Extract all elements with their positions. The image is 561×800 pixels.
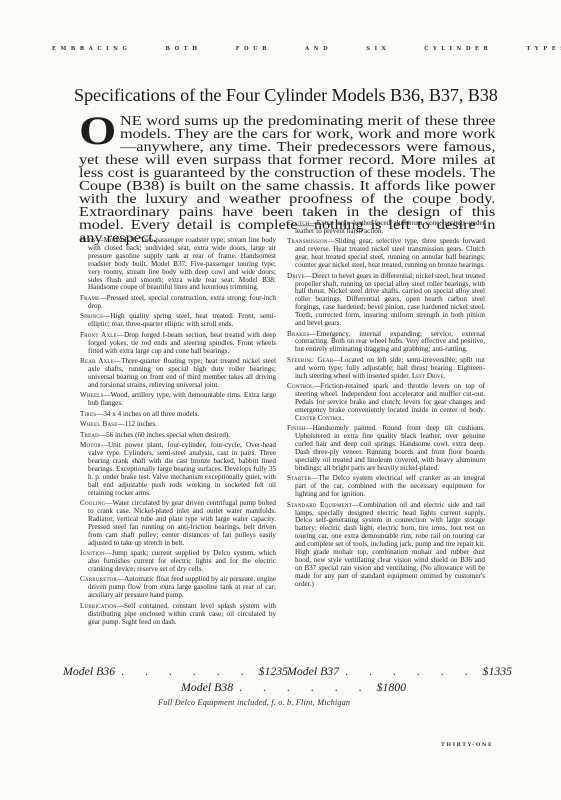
leader-dots: . . . . . . — [239, 680, 370, 694]
spec-heading: Standard Equipment — [287, 501, 352, 509]
spec-heading: Carburetor — [80, 575, 117, 583]
spec-entry: Springs—High quality spring steel, heat … — [80, 313, 276, 329]
spec-text: —Automatic float feed supplied by air pr… — [88, 575, 276, 599]
running-head-word: CYLINDER — [424, 46, 492, 52]
spec-entry: Tread—56 inches (60 inches special when … — [80, 432, 276, 440]
price-note: Full Delco Equipment included, f. o. b. … — [158, 698, 350, 707]
model-price: $1335 — [483, 664, 513, 678]
spec-heading: Tread — [80, 431, 99, 439]
spec-heading: Brakes — [287, 330, 309, 338]
spec-heading: Drive — [287, 272, 305, 280]
spec-heading: Ignition — [80, 549, 105, 557]
spec-entry: Frame—Pressed steel, special constructio… — [80, 295, 276, 311]
spec-heading: Springs — [80, 312, 103, 320]
price-row-b36: Model B36. . . . . .$1235 — [63, 664, 288, 679]
spec-entry: Motor—Unit power plant, four-cylinder, f… — [80, 442, 276, 497]
spec-heading: Starter — [287, 474, 311, 482]
model-price: $1800 — [377, 680, 407, 694]
spec-text: —Three-quarter floating type; heat treat… — [88, 357, 276, 389]
page-number: THIRTY-ONE — [441, 742, 493, 748]
spec-text: —112 inches. — [118, 420, 157, 428]
spec-heading: Clutch — [287, 219, 310, 227]
leader-dots: . . . . . . — [121, 664, 252, 678]
spec-text: —High quality spring steel, heat treated… — [88, 312, 276, 328]
spec-entry: Clutch—Extra large leather-faced aluminu… — [287, 220, 485, 236]
spec-heading: Frame — [80, 294, 99, 302]
spec-text: —Combination oil and electric side and t… — [295, 501, 485, 588]
spec-heading: Front Axle — [80, 331, 117, 339]
drop-cap: O — [79, 116, 116, 146]
spec-entry: Drive—Direct to bevel gears in different… — [287, 273, 485, 328]
spec-entry: Tires—34 x 4 inches on all three models. — [80, 411, 276, 419]
spec-heading: Rear Axle — [80, 357, 114, 365]
spec-text: —Emergency, internal expanding; service,… — [295, 330, 485, 354]
spec-heading: Body — [80, 236, 96, 244]
spec-heading: Lubrication — [80, 602, 117, 610]
spec-entry: Carburetor—Automatic float feed supplied… — [80, 576, 276, 600]
page-title: Specifications of the Four Cylinder Mode… — [74, 85, 514, 106]
spec-text: —Direct to bevel gears in differential; … — [295, 272, 485, 327]
spec-text: —56 inches (60 inches special when desir… — [99, 431, 230, 439]
leader-dots: . . . . . . — [345, 664, 476, 678]
spec-text: —The Delco system electrical self cranke… — [295, 474, 485, 498]
spec-text: —Unit power plant, four-cylinder, four-c… — [88, 441, 276, 496]
spec-text: —Wood, artillery type, with demountable … — [88, 391, 276, 407]
spec-entry: Wheel Base—112 inches. — [80, 421, 276, 429]
running-head-word: BOTH — [166, 46, 202, 52]
spec-heading: Motor — [80, 441, 101, 449]
spec-text: —Drop forged I-beam section, heat treate… — [88, 331, 276, 355]
spec-heading: Wheel Base — [80, 420, 118, 428]
model-name: Model B38 — [181, 680, 233, 694]
spec-entry: Cooling—Water circulated by gear driven … — [80, 500, 276, 547]
spec-entry: Steering Gear—Located on left side; semi… — [287, 357, 485, 381]
spec-entry: Brakes—Emergency, internal expanding; se… — [287, 331, 485, 355]
running-head-word: FOUR — [236, 46, 271, 52]
spec-entry: Front Axle—Drop forged I-beam section, h… — [80, 332, 276, 356]
spec-entry: Body—Model B36: Two-passenger roadster t… — [80, 237, 276, 292]
spec-text: —Water circulated by gear driven centrif… — [88, 499, 276, 547]
spec-entry: Transmission—Sliding gear, selective typ… — [287, 238, 485, 270]
spec-entry: Wheels—Wood, artillery type, with demoun… — [80, 392, 276, 408]
spec-heading: Steering Gear — [287, 356, 333, 364]
spec-heading: Control — [287, 382, 313, 390]
running-head: EMBRACINGBOTHFOURANDSIXCYLINDERTYPES — [0, 46, 561, 52]
spec-tail: Center Control. — [295, 414, 344, 422]
spec-text: —Jump spark; current supplied by Delco s… — [88, 549, 276, 573]
spec-entry: Control—Friction-retained spark and thro… — [287, 383, 485, 423]
running-head-word: AND — [305, 46, 332, 52]
model-name: Model B37 — [287, 664, 339, 678]
spec-tail: Left Drive. — [412, 372, 446, 380]
price-row-b37: Model B37. . . . . .$1335 — [287, 664, 512, 679]
price-row-b38: Model B38. . . . . .$1800 — [181, 680, 406, 695]
spec-text: —Model B36: Two-passenger roadster type;… — [88, 236, 276, 291]
specs-right-column: Clutch—Extra large leather-faced aluminu… — [287, 220, 485, 591]
model-name: Model B36 — [63, 664, 115, 678]
spec-entry: Standard Equipment—Combination oil and e… — [287, 502, 485, 589]
spec-text: —Friction-retained spark and throttle le… — [295, 382, 485, 414]
spec-text: —34 x 4 inches on all three models. — [96, 410, 199, 418]
spec-text: —Handsomely painted. Round front deep ti… — [295, 424, 485, 472]
spec-text: —Self contained, constant level splash s… — [88, 602, 276, 626]
spec-entry: Starter—The Delco system electrical self… — [287, 475, 485, 499]
spec-entry: Ignition—Jump spark; current supplied by… — [80, 550, 276, 574]
spec-heading: Wheels — [80, 391, 104, 399]
specs-left-column: Body—Model B36: Two-passenger roadster t… — [80, 237, 276, 629]
spec-text: —Pressed steel, special construction, ex… — [88, 294, 276, 310]
spec-heading: Finish — [287, 424, 306, 432]
running-head-word: EMBRACING — [52, 46, 132, 52]
spec-heading: Transmission — [287, 237, 328, 245]
spec-entry: Finish—Handsomely painted. Round front d… — [287, 425, 485, 472]
spec-heading: Cooling — [80, 499, 105, 507]
spec-entry: Rear Axle—Three-quarter floating type; h… — [80, 358, 276, 390]
spec-text: —Extra large leather-faced aluminum cone… — [295, 219, 485, 235]
spec-entry: Lubrication—Self contained, constant lev… — [80, 603, 276, 627]
running-head-word: TYPES — [526, 46, 561, 52]
running-head-word: SIX — [366, 46, 390, 52]
spec-heading: Tires — [80, 410, 96, 418]
model-price: $1235 — [259, 664, 289, 678]
